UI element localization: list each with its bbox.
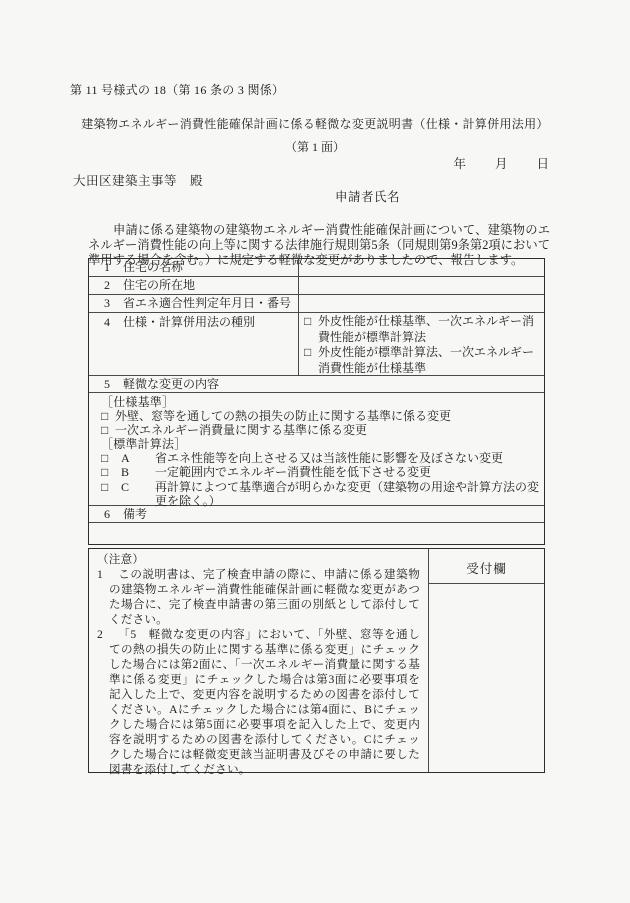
section6-label: 備考 [123, 507, 147, 521]
remarks-value-cell[interactable] [89, 523, 544, 544]
note-2-number: 2 [97, 627, 118, 642]
row3-value-cell[interactable] [299, 295, 544, 312]
row1-number: 1 [104, 259, 123, 276]
spec-option-2: □ 一次エネルギー消費量に関する基準に係る変更 [101, 423, 540, 437]
checkbox-icon[interactable]: □ [101, 451, 115, 465]
row2-label-cell: 2住宅の所在地 [89, 277, 299, 294]
form-number: 第 11 号様式の 18（第 16 条の 3 関係） [70, 81, 284, 98]
notes-header: （注意） [97, 552, 420, 567]
calc-option-b-letter: B [115, 465, 155, 479]
row4-options-cell: □ 外皮性能が仕様基準、一次エネルギー消費性能が標準計算法 □ 外皮性能が標準計… [299, 313, 544, 375]
row3-label-cell: 3省エネ適合性判定年月日・番号 [89, 295, 299, 312]
calc-option-c-label: 再計算によつて基準適合が明らかな変更（建築物の用途や計算方法の変更を除く。） [155, 480, 540, 508]
addressee: 大田区建築主事等 殿 [73, 171, 203, 189]
applicant-name-label: 申請者氏名 [335, 187, 400, 205]
calc-option-a-letter: A [115, 451, 155, 465]
checkbox-icon[interactable]: □ [304, 314, 318, 345]
section5-label: 軽微な変更の内容 [123, 377, 219, 391]
table-row: 3省エネ適合性判定年月日・番号 [89, 295, 544, 313]
row4-label: 仕様・計算併用法の種別 [123, 315, 255, 329]
calc-option-a-label: 省エネ性能等を向上させる又は当該性能に影響を及ぼさない変更 [155, 451, 540, 465]
row1-label: 住宅の名称 [123, 260, 183, 274]
row1-value-cell[interactable] [299, 259, 544, 276]
checkbox-icon[interactable]: □ [101, 480, 115, 508]
checkbox-icon[interactable]: □ [101, 423, 115, 437]
row2-number: 2 [104, 277, 123, 294]
row2-label: 住宅の所在地 [123, 278, 195, 292]
main-table: 1住宅の名称 2住宅の所在地 3省エネ適合性判定年月日・番号 4仕様・計算併用法… [88, 258, 545, 545]
calc-option-b: □ B 一定範囲内でエネルギー消費性能を低下させる変更 [101, 465, 540, 479]
row4-label-cell: 4仕様・計算併用法の種別 [89, 313, 299, 375]
checkbox-icon[interactable]: □ [101, 465, 115, 479]
calc-option-b-label: 一定範囲内でエネルギー消費性能を低下させる変更 [155, 465, 540, 479]
spec-option-2-label: 一次エネルギー消費量に関する基準に係る変更 [115, 423, 540, 437]
document-title: 建築物エネルギー消費性能確保計画に係る軽微な変更説明書（仕様・計算併用法用） [0, 115, 630, 132]
method-option-2: □ 外皮性能が標準計算法、一次エネルギー消費性能が仕様基準 [304, 345, 542, 376]
row2-value-cell[interactable] [299, 277, 544, 294]
spec-option-1: □ 外壁、窓等を通しての熱の損失の防止に関する基準に係る変更 [101, 409, 540, 423]
table-row: 4仕様・計算併用法の種別 □ 外皮性能が仕様基準、一次エネルギー消費性能が標準計… [89, 313, 544, 376]
notes-cell: （注意） 1この説明書は、完了検査申請の際に、申請に係る建築物の建築物エネルギー… [89, 549, 429, 772]
calc-option-a: □ A 省エネ性能等を向上させる又は当該性能に影響を及ぼさない変更 [101, 451, 540, 465]
section6-number: 6 [104, 506, 123, 522]
note-1-text: この説明書は、完了検査申請の際に、申請に係る建築物の建築物エネルギー消費性能確保… [109, 568, 420, 626]
calc-standard-header: ［標準計算法］ [101, 437, 540, 451]
form-page: 第 11 号様式の 18（第 16 条の 3 関係） 建築物エネルギー消費性能確… [0, 0, 630, 903]
date-line: 年 月 日 [0, 154, 549, 172]
date-year-label: 年 [453, 154, 466, 172]
table-row: 1住宅の名称 [89, 259, 544, 277]
table-row: 2住宅の所在地 [89, 277, 544, 295]
spec-option-1-label: 外壁、窓等を通しての熱の損失の防止に関する基準に係る変更 [115, 409, 540, 423]
section5-number: 5 [104, 376, 123, 392]
reception-stamp-area [429, 584, 544, 772]
method-option-1: □ 外皮性能が仕様基準、一次エネルギー消費性能が標準計算法 [304, 314, 542, 345]
checkbox-icon[interactable]: □ [304, 345, 318, 376]
notes-table: （注意） 1この説明書は、完了検査申請の際に、申請に係る建築物の建築物エネルギー… [88, 548, 545, 773]
reception-column: 受付欄 [429, 549, 544, 772]
calc-option-c-letter: C [115, 480, 155, 508]
spec-standard-header: ［仕様基準］ [101, 395, 540, 409]
method-option-1-label: 外皮性能が仕様基準、一次エネルギー消費性能が標準計算法 [318, 314, 542, 345]
date-month-label: 月 [495, 154, 508, 172]
method-option-2-label: 外皮性能が標準計算法、一次エネルギー消費性能が仕様基準 [318, 345, 542, 376]
reception-label: 受付欄 [429, 549, 544, 584]
row3-number: 3 [104, 295, 123, 312]
note-item-1: 1この説明書は、完了検査申請の際に、申請に係る建築物の建築物エネルギー消費性能確… [97, 567, 420, 627]
row1-label-cell: 1住宅の名称 [89, 259, 299, 276]
calc-option-c: □ C 再計算によつて基準適合が明らかな変更（建築物の用途や計算方法の変更を除く… [101, 480, 540, 508]
row3-label: 省エネ適合性判定年月日・番号 [123, 296, 291, 310]
date-day-label: 日 [536, 154, 549, 172]
note-1-number: 1 [97, 567, 118, 582]
note-item-2: 2「5 軽微な変更の内容」において、「外壁、窓等を通しての熱の損失の防止に関する… [97, 627, 420, 777]
row4-number: 4 [104, 315, 123, 330]
checkbox-icon[interactable]: □ [101, 409, 115, 423]
section5-content: ［仕様基準］ □ 外壁、窓等を通しての熱の損失の防止に関する基準に係る変更 □ … [89, 393, 544, 506]
section5-header: 5軽微な変更の内容 [89, 376, 544, 393]
note-2-text: 「5 軽微な変更の内容」において、「外壁、窓等を通しての熱の損失の防止に関する基… [109, 628, 420, 776]
section6-header: 6備考 [89, 506, 544, 523]
page-face-label: （第 1 面） [0, 138, 630, 155]
